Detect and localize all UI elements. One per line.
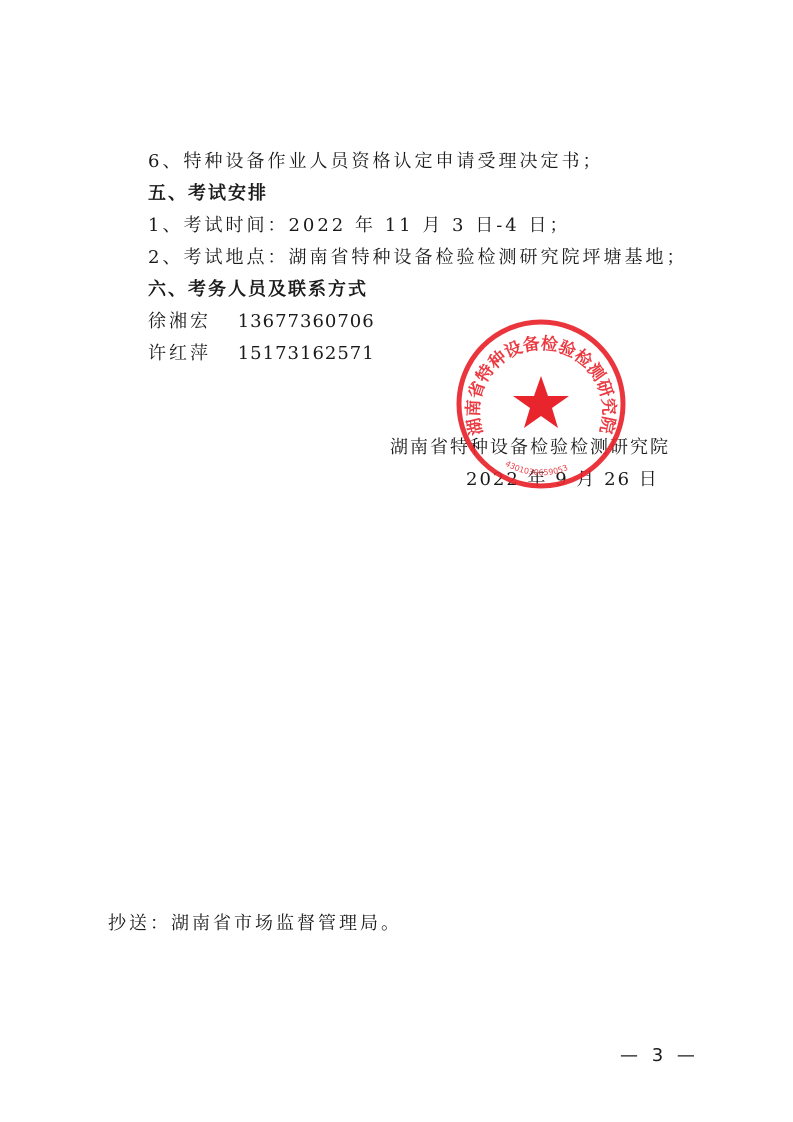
star-icon xyxy=(513,376,569,428)
contact-row: 许红萍 15173162571 xyxy=(148,342,375,366)
svg-text:4301030659053: 4301030659053 xyxy=(504,459,569,477)
contact-phone: 15173162571 xyxy=(238,343,375,364)
contact-phone: 13677360706 xyxy=(238,311,375,332)
official-seal-icon: 湖南省特种设备检验检测研究院 4301030659053 xyxy=(455,318,627,490)
contact-name: 许红萍 xyxy=(148,343,211,364)
list-item-6: 6、特种设备作业人员资格认定申请受理决定书； xyxy=(148,150,603,174)
section-heading-contacts: 六、考务人员及联系方式 xyxy=(148,278,368,302)
seal-code: 4301030659053 xyxy=(504,459,569,477)
exam-time: 1、考试时间：2022 年 11 月 3 日-4 日； xyxy=(148,214,570,238)
section-heading-exam-arrangement: 五、考试安排 xyxy=(148,182,268,206)
contact-row: 徐湘宏 13677360706 xyxy=(148,310,375,334)
cc-recipients: 抄送：湖南省市场监督管理局。 xyxy=(108,912,402,936)
exam-location: 2、考试地点：湖南省特种设备检验检测研究院坪塘基地； xyxy=(148,246,687,270)
contact-name: 徐湘宏 xyxy=(148,311,211,332)
page-number: — 3 — xyxy=(620,1045,699,1066)
